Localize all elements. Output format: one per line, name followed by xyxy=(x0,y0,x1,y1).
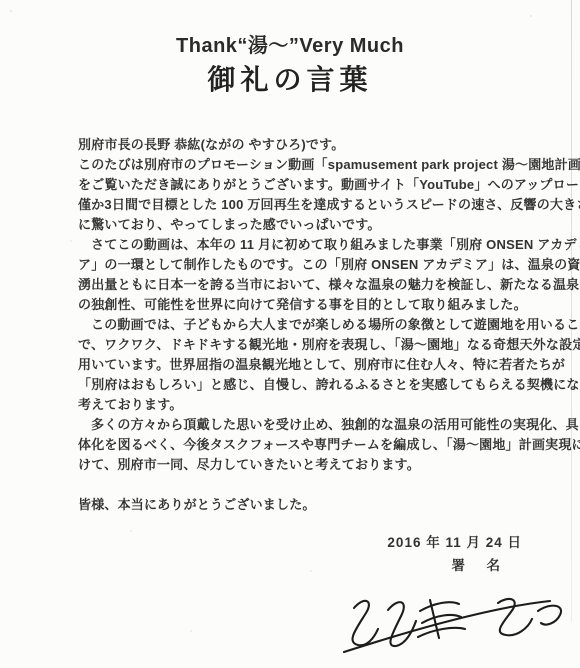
body-line: 用いています。世界屈指の温泉観光地として、別府市に住む人々、特に若者たちが xyxy=(78,355,530,375)
body-line: けて、別府市一同、尽力していきたいと考えております。 xyxy=(78,455,530,475)
body-line: 別府市長の長野 恭紘(ながの やすひろ)です。 xyxy=(78,135,530,155)
body-line: 考えております。 xyxy=(78,395,530,415)
body-line: 「別府はおもしろい」と感じ、自慢し、誇れるふるさとを実感してもらえる契機になれば… xyxy=(78,375,530,395)
body-line: このたびは別府市のプロモーション動画「spamusement park proj… xyxy=(78,155,530,175)
body-line xyxy=(78,475,530,495)
body-line: 体化を図るべく、今後タスクフォースや専門チームを編成し、「湯～園地」計画実現に向 xyxy=(78,435,530,455)
signature-ink-strokes xyxy=(332,588,572,666)
body-line: の独創性、可能性を世界に向けて発信する事を目的として取り組みました。 xyxy=(78,295,530,315)
body-line: さてこの動画は、本年の 11 月に初めて取り組みました事業「別府 ONSEN ア… xyxy=(78,235,530,255)
body-line: 僅か3日間で目標とした 100 万回再生を達成するというスピードの速さ、反響の大… xyxy=(78,195,530,215)
signature-label: 署 名 xyxy=(387,556,522,576)
letter-title-english: Thank“湯～”Very Much xyxy=(0,29,580,58)
letter-date: 2016 年 11 月 24 日 xyxy=(387,533,522,553)
body-line: 多くの方々から頂戴した思いを受け止め、独創的な温泉の活用可能性の実現化、具 xyxy=(78,415,530,435)
date-signature-block: 2016 年 11 月 24 日 署 名 xyxy=(387,533,522,576)
body-line: に驚いており、やってしまった感でいっぱいです。 xyxy=(78,215,530,235)
scan-noise-speckles xyxy=(10,10,12,12)
letter-body: 別府市長の長野 恭紘(ながの やすひろ)です。このたびは別府市のプロモーション動… xyxy=(78,135,530,515)
handwritten-signature xyxy=(332,588,572,666)
body-line: をご覧いただき誠にありがとうございます。動画サイト「YouTube」へのアップロ… xyxy=(78,175,530,195)
body-line: 皆様、本当にありがとうございました。 xyxy=(78,495,530,515)
body-line: 湧出量ともに日本一を誇る当市において、様々な温泉の魅力を検証し、新たなる温泉 xyxy=(78,275,530,295)
body-line: ア」の一環として制作したものです。この「別府 ONSEN アカデミア」は、温泉の… xyxy=(78,255,530,275)
body-line: で、ワクワク、ドキドキする観光地・別府を表現し、「湯～園地」なる奇想天外な設定を xyxy=(78,335,530,355)
letter-title-japanese: 御礼の言葉 xyxy=(0,58,580,98)
scanned-letter-page: Thank“湯～”Very Much 御礼の言葉 別府市長の長野 恭紘(ながの … xyxy=(0,0,580,668)
body-line: この動画では、子どもから大人までが楽しめる場所の象徴として遊園地を用いること xyxy=(78,315,530,335)
